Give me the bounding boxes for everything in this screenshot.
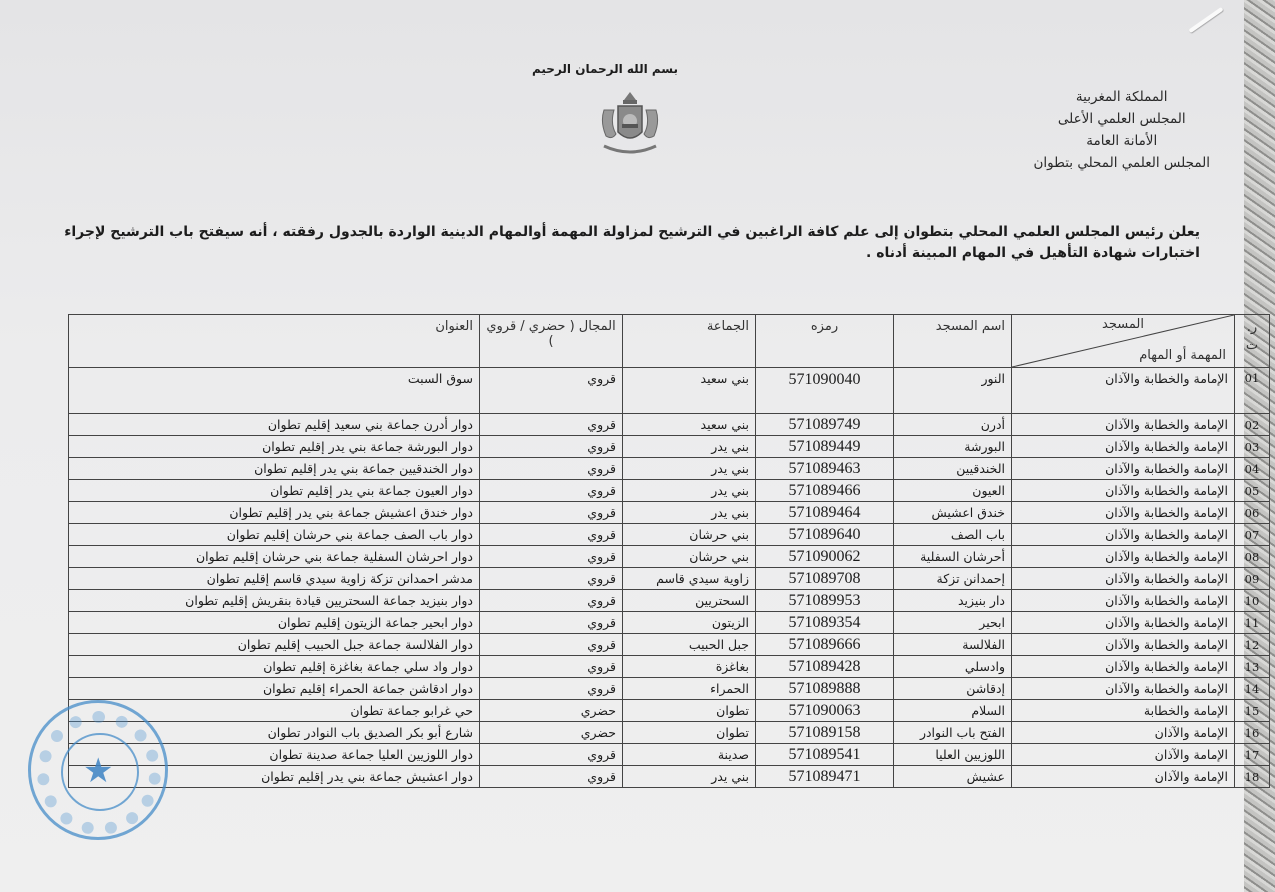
cell-task: الإمامة والخطابة والآذان xyxy=(1012,546,1235,568)
cell-mosque: دار بنيزيد xyxy=(894,590,1012,612)
cell-task: الإمامة والخطابة والآذان xyxy=(1012,634,1235,656)
announcement-text: يعلن رئيس المجلس العلمي المحلي بتطوان إل… xyxy=(50,222,1200,264)
header-task: المهمة أو المهام xyxy=(1139,348,1226,363)
cell-num: 06 xyxy=(1235,502,1270,524)
cell-address: دوار العيون جماعة بني يدر إقليم تطوان xyxy=(69,480,480,502)
basmala: بسم الله الرحمان الرحيم xyxy=(530,62,680,76)
cell-commune: بني يدر xyxy=(623,502,756,524)
cell-address: دوار الفلالسة جماعة جبل الحبيب إقليم تطو… xyxy=(69,634,480,656)
cell-code: 571089464 xyxy=(756,502,894,524)
cell-mosque: الخندقيين xyxy=(894,458,1012,480)
cell-code: 571089888 xyxy=(756,678,894,700)
cell-num: 09 xyxy=(1235,568,1270,590)
cell-code: 571089466 xyxy=(756,480,894,502)
table-row: 09 الإمامة والخطابة والآذان إحمدانن تزكة… xyxy=(69,568,1270,590)
cell-mosque: إحمدانن تزكة xyxy=(894,568,1012,590)
cell-address: دوار الخندقيين جماعة بني يدر إقليم تطوان xyxy=(69,458,480,480)
cell-code: 571089708 xyxy=(756,568,894,590)
cell-task: الإمامة والخطابة والآذان xyxy=(1012,678,1235,700)
header-address: العنوان xyxy=(69,315,480,368)
cell-domain: قروي xyxy=(480,546,623,568)
cell-address: دوار بنيزيد جماعة السحتريين قيادة بنقريش… xyxy=(69,590,480,612)
cell-mosque: أدرن xyxy=(894,414,1012,436)
cell-task: الإمامة والآذان xyxy=(1012,744,1235,766)
cell-code: 571089428 xyxy=(756,656,894,678)
cell-domain: قروي xyxy=(480,414,623,436)
table-row: 02 الإمامة والخطابة والآذان أدرن 5710897… xyxy=(69,414,1270,436)
cell-commune: تطوان xyxy=(623,722,756,744)
cell-mosque: أحرشان السفلية xyxy=(894,546,1012,568)
cell-domain: قروي xyxy=(480,744,623,766)
cell-code: 571089953 xyxy=(756,590,894,612)
cell-code: 571089158 xyxy=(756,722,894,744)
cell-num: 03 xyxy=(1235,436,1270,458)
table-row: 16 الإمامة والآذان الفتح باب النوادر 571… xyxy=(69,722,1270,744)
cell-num: 13 xyxy=(1235,656,1270,678)
table-row: 13 الإمامة والخطابة والآذان وادسلي 57108… xyxy=(69,656,1270,678)
cell-address: سوق السبت xyxy=(69,368,480,414)
cell-address: دوار باب الصف جماعة بني حرشان إقليم تطوا… xyxy=(69,524,480,546)
table-row: 12 الإمامة والخطابة والآذان الفلالسة 571… xyxy=(69,634,1270,656)
cell-task: الإمامة والخطابة والآذان xyxy=(1012,436,1235,458)
cell-code: 571089666 xyxy=(756,634,894,656)
table-row: 08 الإمامة والخطابة والآذان أحرشان السفل… xyxy=(69,546,1270,568)
cell-commune: بني يدر xyxy=(623,766,756,788)
table-row: 10 الإمامة والخطابة والآذان دار بنيزيد 5… xyxy=(69,590,1270,612)
cell-commune: الحمراء xyxy=(623,678,756,700)
coat-of-arms-emblem xyxy=(594,88,666,160)
table-row: 17 الإمامة والآذان اللوزيين العليا 57108… xyxy=(69,744,1270,766)
cell-mosque: الفتح باب النوادر xyxy=(894,722,1012,744)
cell-task: الإمامة والآذان xyxy=(1012,766,1235,788)
cell-mosque: العيون xyxy=(894,480,1012,502)
table-row: 15 الإمامة والخطابة السلام 571090063 تطو… xyxy=(69,700,1270,722)
cell-address: دوار أدرن جماعة بني سعيد إقليم تطوان xyxy=(69,414,480,436)
cell-task: الإمامة والخطابة والآذان xyxy=(1012,568,1235,590)
cell-commune: تطوان xyxy=(623,700,756,722)
cell-domain: قروي xyxy=(480,634,623,656)
header-mosque: المسجد xyxy=(1012,317,1234,332)
table-row: 05 الإمامة والخطابة والآذان العيون 57108… xyxy=(69,480,1270,502)
cell-num: 11 xyxy=(1235,612,1270,634)
cell-mosque: الفلالسة xyxy=(894,634,1012,656)
cell-code: 571089640 xyxy=(756,524,894,546)
cell-commune: جبل الحبيب xyxy=(623,634,756,656)
header-line-kingdom: المملكة المغربية xyxy=(1034,86,1211,108)
header-commune: الجماعة xyxy=(623,315,756,368)
positions-table: ر. ت المسجد المهمة أو المهام اسم المسجد … xyxy=(68,314,1270,788)
cell-domain: قروي xyxy=(480,524,623,546)
cell-address: مدشر احمدانن تزكة زاوية سيدي قاسم إقليم … xyxy=(69,568,480,590)
cell-commune: صدينة xyxy=(623,744,756,766)
institution-header: المملكة المغربية المجلس العلمي الأعلى ال… xyxy=(1034,86,1211,174)
cell-task: الإمامة والخطابة والآذان xyxy=(1012,590,1235,612)
cell-code: 571089354 xyxy=(756,612,894,634)
cell-commune: السحتريين xyxy=(623,590,756,612)
table-row: 07 الإمامة والخطابة والآذان باب الصف 571… xyxy=(69,524,1270,546)
table-row: 03 الإمامة والخطابة والآذان البورشة 5710… xyxy=(69,436,1270,458)
cell-commune: زاوية سيدي قاسم xyxy=(623,568,756,590)
cell-domain: قروي xyxy=(480,590,623,612)
header-line-council: المجلس العلمي الأعلى xyxy=(1034,108,1211,130)
cell-task: الإمامة والخطابة والآذان xyxy=(1012,612,1235,634)
cell-commune: بني سعيد xyxy=(623,368,756,414)
cell-domain: قروي xyxy=(480,766,623,788)
cell-num: 08 xyxy=(1235,546,1270,568)
cell-num: 05 xyxy=(1235,480,1270,502)
cell-mosque: وادسلي xyxy=(894,656,1012,678)
cell-domain: قروي xyxy=(480,436,623,458)
cell-mosque: اللوزيين العليا xyxy=(894,744,1012,766)
cell-num: 12 xyxy=(1235,634,1270,656)
cell-address: دوار احرشان السفلية جماعة بني حرشان إقلي… xyxy=(69,546,480,568)
cell-mosque: عشيش xyxy=(894,766,1012,788)
official-stamp: ★ xyxy=(28,700,168,840)
cell-num: 15 xyxy=(1235,700,1270,722)
cell-num: 16 xyxy=(1235,722,1270,744)
cell-task: الإمامة والخطابة والآذان xyxy=(1012,368,1235,414)
star-icon: ★ xyxy=(83,751,113,791)
cell-code: 571089449 xyxy=(756,436,894,458)
cell-code: 571089471 xyxy=(756,766,894,788)
announcement-line-2: اختبارات شهادة التأهيل في المهام المبينة… xyxy=(50,243,1200,264)
cell-task: الإمامة والخطابة والآذان xyxy=(1012,524,1235,546)
header-num: ر. ت xyxy=(1235,315,1270,368)
cell-address: دوار خندق اعشيش جماعة بني يدر إقليم تطوا… xyxy=(69,502,480,524)
cell-code: 571089541 xyxy=(756,744,894,766)
table-row: 11 الإمامة والخطابة والآذان ابحير 571089… xyxy=(69,612,1270,634)
cell-code: 571090040 xyxy=(756,368,894,414)
cell-commune: بني يدر xyxy=(623,458,756,480)
header-line-secretariat: الأمانة العامة xyxy=(1034,130,1211,152)
cell-commune: بني يدر xyxy=(623,480,756,502)
cell-mosque: النور xyxy=(894,368,1012,414)
table-row: 18 الإمامة والآذان عشيش 571089471 بني يد… xyxy=(69,766,1270,788)
table-row: 01 الإمامة والخطابة والآذان النور 571090… xyxy=(69,368,1270,414)
table-row: 14 الإمامة والخطابة والآذان إدقاشن 57108… xyxy=(69,678,1270,700)
cell-mosque: إدقاشن xyxy=(894,678,1012,700)
cell-address: دوار واد سلي جماعة بغاغزة إقليم تطوان xyxy=(69,656,480,678)
cell-task: الإمامة والآذان xyxy=(1012,722,1235,744)
cell-address: دوار ادقاشن جماعة الحمراء إقليم تطوان xyxy=(69,678,480,700)
header-domain: المجال ( حضري / قروي ) xyxy=(480,315,623,368)
cell-domain: قروي xyxy=(480,480,623,502)
cell-commune: الزيتون xyxy=(623,612,756,634)
cell-task: الإمامة والخطابة والآذان xyxy=(1012,458,1235,480)
cell-code: 571090063 xyxy=(756,700,894,722)
cell-commune: بني حرشان xyxy=(623,546,756,568)
cell-commune: بني يدر xyxy=(623,436,756,458)
cell-num: 07 xyxy=(1235,524,1270,546)
cell-num: 02 xyxy=(1235,414,1270,436)
cell-task: الإمامة والخطابة xyxy=(1012,700,1235,722)
cell-mosque: البورشة xyxy=(894,436,1012,458)
cell-mosque: ابحير xyxy=(894,612,1012,634)
cell-commune: بني حرشان xyxy=(623,524,756,546)
cell-task: الإمامة والخطابة والآذان xyxy=(1012,480,1235,502)
cell-domain: قروي xyxy=(480,368,623,414)
header-line-local-council: المجلس العلمي المحلي بتطوان xyxy=(1034,152,1211,174)
cell-task: الإمامة والخطابة والآذان xyxy=(1012,414,1235,436)
cell-num: 14 xyxy=(1235,678,1270,700)
cell-num: 18 xyxy=(1235,766,1270,788)
cell-mosque: السلام xyxy=(894,700,1012,722)
cell-domain: حضري xyxy=(480,700,623,722)
cell-code: 571090062 xyxy=(756,546,894,568)
cell-num: 01 xyxy=(1235,368,1270,414)
header-task-mosque-diagonal: المسجد المهمة أو المهام xyxy=(1012,315,1235,368)
announcement-line-1: يعلن رئيس المجلس العلمي المحلي بتطوان إل… xyxy=(50,222,1200,243)
cell-domain: قروي xyxy=(480,502,623,524)
cell-commune: بغاغزة xyxy=(623,656,756,678)
cell-task: الإمامة والخطابة والآذان xyxy=(1012,502,1235,524)
cell-address: دوار البورشة جماعة بني يدر إقليم تطوان xyxy=(69,436,480,458)
cell-num: 10 xyxy=(1235,590,1270,612)
cell-code: 571089463 xyxy=(756,458,894,480)
table-row: 06 الإمامة والخطابة والآذان خندق اعشيش 5… xyxy=(69,502,1270,524)
cell-domain: قروي xyxy=(480,656,623,678)
cell-domain: قروي xyxy=(480,678,623,700)
cell-mosque: باب الصف xyxy=(894,524,1012,546)
table-row: 04 الإمامة والخطابة والآذان الخندقيين 57… xyxy=(69,458,1270,480)
cell-domain: قروي xyxy=(480,612,623,634)
cell-num: 04 xyxy=(1235,458,1270,480)
cell-mosque: خندق اعشيش xyxy=(894,502,1012,524)
header-code: رمزه xyxy=(756,315,894,368)
cell-commune: بني سعيد xyxy=(623,414,756,436)
cell-address: دوار ابحير جماعة الزيتون إقليم تطوان xyxy=(69,612,480,634)
cell-domain: قروي xyxy=(480,568,623,590)
cell-task: الإمامة والخطابة والآذان xyxy=(1012,656,1235,678)
cell-code: 571089749 xyxy=(756,414,894,436)
header-mosque-name: اسم المسجد xyxy=(894,315,1012,368)
cell-num: 17 xyxy=(1235,744,1270,766)
cell-domain: قروي xyxy=(480,458,623,480)
table-header-row: ر. ت المسجد المهمة أو المهام اسم المسجد … xyxy=(69,315,1270,368)
cell-domain: حضري xyxy=(480,722,623,744)
